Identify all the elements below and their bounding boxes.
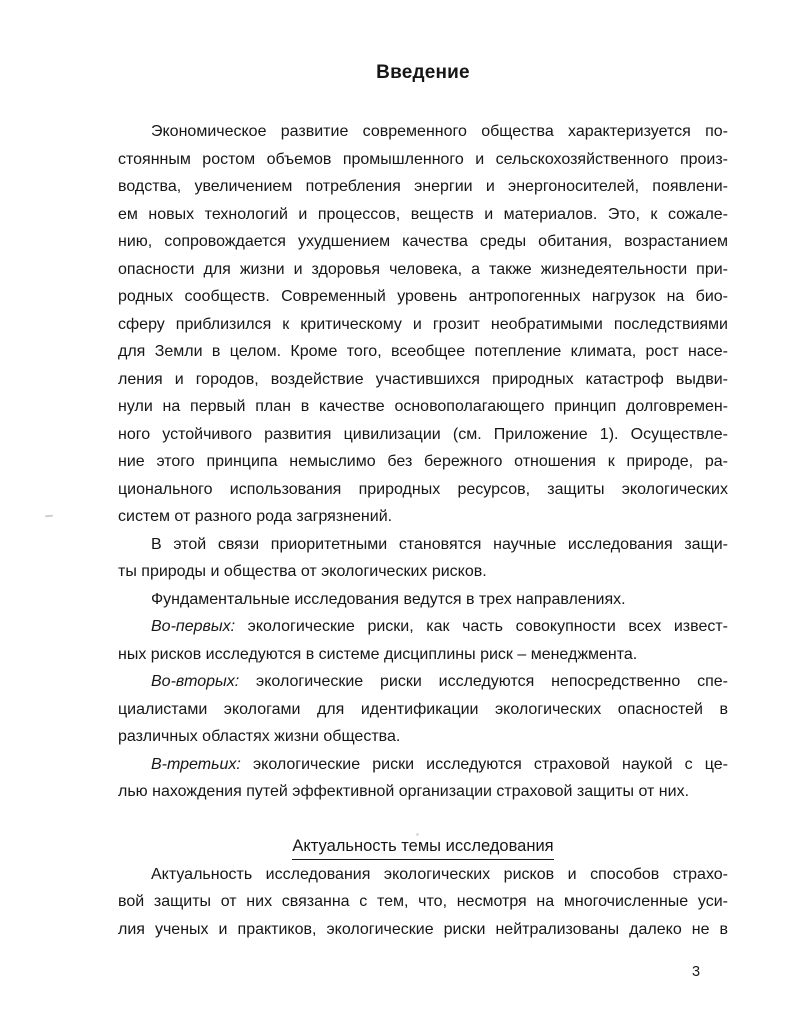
text-line: сферу приблизился к критическому и грози…	[118, 311, 728, 339]
text-line: вой защиты от них связанна с тем, что, н…	[118, 888, 728, 916]
scan-artifact	[610, 931, 613, 933]
paragraph: Во-первых: экологические риски, как част…	[118, 613, 728, 668]
paragraph: Экономическое развитие современного обще…	[118, 118, 728, 531]
paragraph: Фундаментальные исследования ведутся в т…	[118, 586, 728, 614]
text-line: лью нахождения путей эффективной организ…	[118, 778, 728, 806]
text-line: стоянным ростом объемов промышленного и …	[118, 146, 728, 174]
text-line: ние этого принципа немыслимо без бережно…	[118, 448, 728, 476]
paragraph: Актуальность исследования экологических …	[118, 861, 728, 944]
text-line: Во-вторых: экологические риски исследуют…	[118, 668, 728, 696]
scan-artifact	[45, 515, 53, 518]
text-line: различных областях жизни общества.	[118, 723, 728, 751]
document-body: Экономическое развитие современного обще…	[118, 118, 728, 943]
text-line: Актуальность исследования экологических …	[118, 861, 728, 889]
page-title: Введение	[118, 59, 728, 87]
paragraph: В этой связи приоритетными становятся на…	[118, 531, 728, 586]
italic-lead: Во-вторых:	[151, 673, 239, 690]
page-number: 3	[666, 964, 726, 980]
scan-artifact	[416, 833, 419, 836]
paragraph: Во-вторых: экологические риски исследуют…	[118, 668, 728, 751]
text-line: Экономическое развитие современного обще…	[118, 118, 728, 146]
italic-lead: Во-первых:	[151, 618, 235, 635]
text-line: В-третьих: экологические риски исследуют…	[118, 751, 728, 779]
vertical-spacer	[118, 806, 728, 834]
text-line: ционального использования природных ресу…	[118, 476, 728, 504]
text-line: водства, увеличением потребления энергии…	[118, 173, 728, 201]
text-line: Во-первых: экологические риски, как част…	[118, 613, 728, 641]
text-line: ных рисков исследуются в системе дисципл…	[118, 641, 728, 669]
scanned-document-page: Введение Экономическое развитие современ…	[0, 0, 799, 1034]
text-line: ты природы и общества от экологических р…	[118, 558, 728, 586]
text-line: ления и городов, воздействие участившихс…	[118, 366, 728, 394]
text-line: родных сообществ. Современный уровень ан…	[118, 283, 728, 311]
text-line: Фундаментальные исследования ведутся в т…	[118, 586, 728, 614]
text-line: для Земли в целом. Кроме того, всеобщее …	[118, 338, 728, 366]
section-heading: Актуальность темы исследования	[118, 833, 728, 861]
text-line: нули на первый план в качестве основопол…	[118, 393, 728, 421]
text-line: ного устойчивого развития цивилизации (с…	[118, 421, 728, 449]
text-line: В этой связи приоритетными становятся на…	[118, 531, 728, 559]
paragraph: В-третьих: экологические риски исследуют…	[118, 751, 728, 806]
text-line: опасности для жизни и здоровья человека,…	[118, 256, 728, 284]
italic-lead: В-третьих:	[151, 756, 241, 773]
text-line: циалистами экологами для идентификации э…	[118, 696, 728, 724]
text-line: нию, сопровождается ухудшением качества …	[118, 228, 728, 256]
text-line: систем от разного рода загрязнений.	[118, 503, 728, 531]
text-line: лия ученых и практиков, экологические ри…	[118, 916, 728, 944]
text-line: ем новых технологий и процессов, веществ…	[118, 201, 728, 229]
